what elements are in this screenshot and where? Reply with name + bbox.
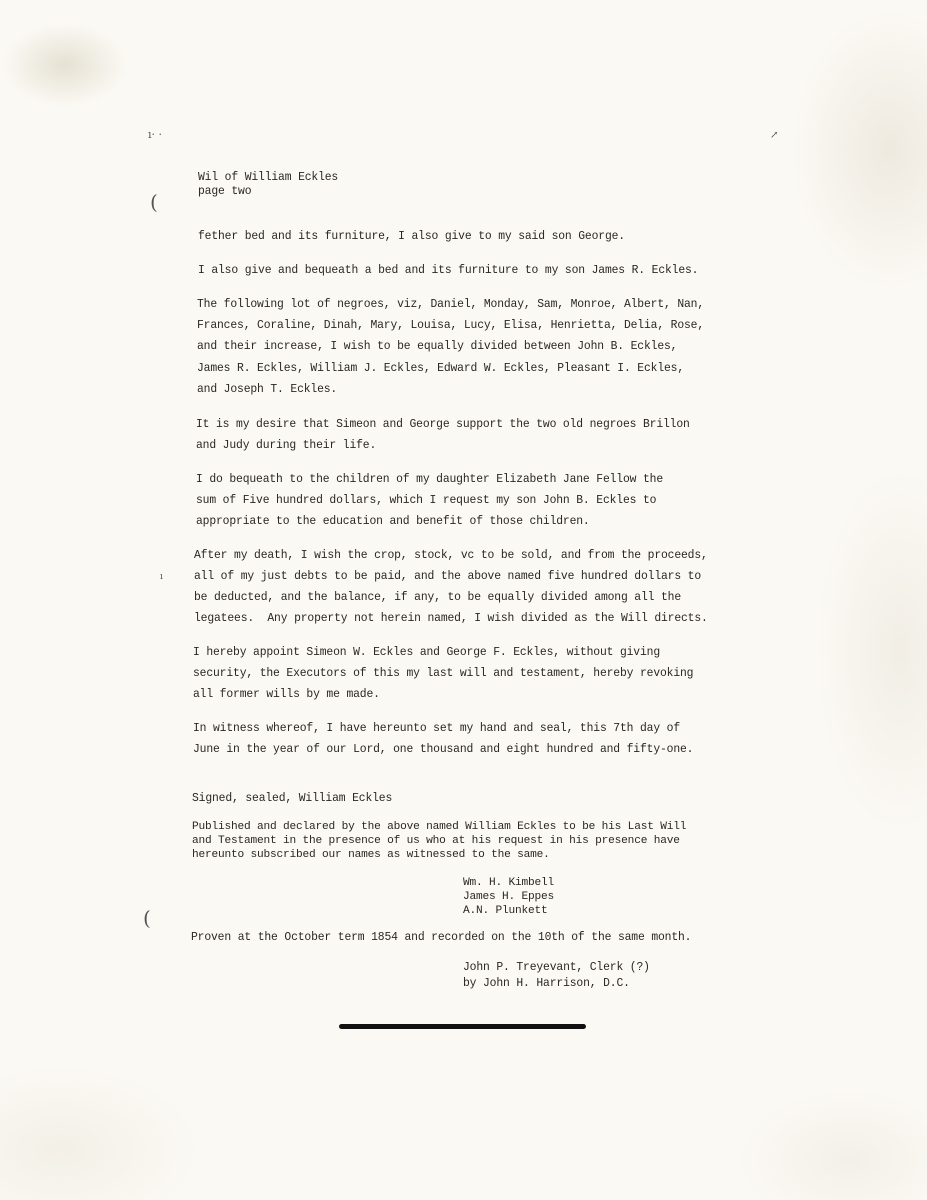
paragraph-3-line: and their increase, I wish to be equally… xyxy=(197,340,677,354)
paragraph-6-line: be deducted, and the balance, if any, to… xyxy=(194,591,681,605)
attestation-line: Published and declared by the above name… xyxy=(192,820,686,834)
probate-note: Proven at the October term 1854 and reco… xyxy=(191,931,691,945)
paragraph-8-line: June in the year of our Lord, one thousa… xyxy=(193,743,693,757)
paragraph-8-line: In witness whereof, I have hereunto set … xyxy=(193,722,680,736)
paragraph-2-line: I also give and bequeath a bed and its f… xyxy=(198,264,698,278)
paragraph-3-line: Frances, Coraline, Dinah, Mary, Louisa, … xyxy=(197,319,704,333)
paragraph-7-line: security, the Executors of this my last … xyxy=(193,667,693,681)
margin-mark-top: ı· · xyxy=(148,128,162,141)
attestation-line: hereunto subscribed our names as witness… xyxy=(192,848,550,862)
margin-mark-right: ↗ xyxy=(770,130,778,141)
paragraph-3-line: The following lot of negroes, viz, Danie… xyxy=(197,298,704,312)
margin-bracket-bottom: ( xyxy=(143,906,151,930)
paragraph-5-line: appropriate to the education and benefit… xyxy=(196,515,590,529)
paragraph-5-line: I do bequeath to the children of my daug… xyxy=(196,473,663,487)
clerk-name: John P. Treyevant, Clerk (?) xyxy=(463,961,650,975)
paragraph-6-line: After my death, I wish the crop, stock, … xyxy=(194,549,708,563)
paragraph-4-line: It is my desire that Simeon and George s… xyxy=(196,418,690,432)
paragraph-3-line: James R. Eckles, William J. Eckles, Edwa… xyxy=(197,362,684,376)
paragraph-7-line: I hereby appoint Simeon W. Eckles and Ge… xyxy=(193,646,660,660)
signature-line: Signed, sealed, William Eckles xyxy=(192,792,392,806)
witness-name: A.N. Plunkett xyxy=(463,904,548,918)
paragraph-1-line: fether bed and its furniture, I also giv… xyxy=(198,230,625,244)
margin-tick: ı xyxy=(160,572,163,582)
margin-bracket-top: ( xyxy=(150,190,158,214)
witness-name: Wm. H. Kimbell xyxy=(463,876,554,890)
end-of-document-rule xyxy=(339,1024,586,1029)
paragraph-5-line: sum of Five hundred dollars, which I req… xyxy=(196,494,656,508)
paragraph-6-line: all of my just debts to be paid, and the… xyxy=(194,570,701,584)
attestation-line: and Testament in the presence of us who … xyxy=(192,834,680,848)
witness-name: James H. Eppes xyxy=(463,890,554,904)
paragraph-3-line: and Joseph T. Eckles. xyxy=(197,383,337,397)
paragraph-6-line: legatees. Any property not herein named,… xyxy=(194,612,708,626)
document-title: Wil of William Eckles xyxy=(198,171,338,185)
document-page-label: page two xyxy=(198,185,251,199)
paragraph-7-line: all former wills by me made. xyxy=(193,688,380,702)
paragraph-4-line: and Judy during their life. xyxy=(196,439,376,453)
deputy-clerk-name: by John H. Harrison, D.C. xyxy=(463,977,630,991)
